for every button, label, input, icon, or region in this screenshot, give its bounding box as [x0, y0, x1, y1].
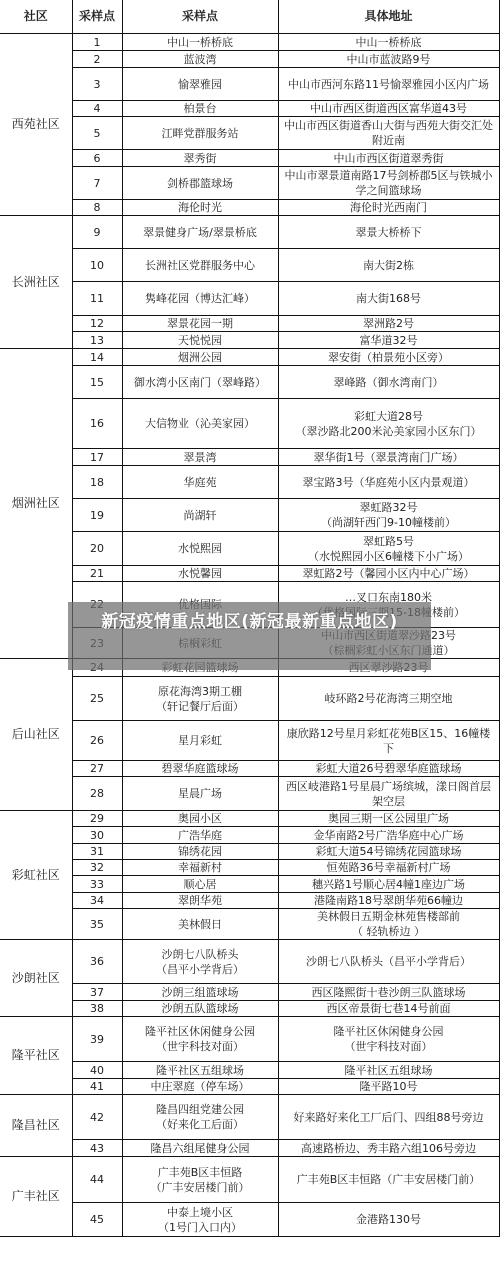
address-cell: 中山市西区街道西区富华道43号 [278, 101, 499, 117]
table-row: 长洲社区9翠景健身广场/翠景桥底翠景大桥桥下 [0, 216, 499, 249]
community-cell: 广丰社区 [0, 1157, 72, 1237]
site-number-cell: 29 [72, 811, 122, 827]
site-number-cell: 15 [72, 366, 122, 399]
site-number-cell: 6 [72, 150, 122, 167]
table-row: 37沙朗三组篮球场西区隆熙街十巷沙朗三队篮球场 [0, 984, 499, 1001]
address-cell: 康欣路12号星月彩虹花苑B区15、16幢楼下 [278, 721, 499, 761]
site-name-cell: 隆平社区休闲健身公园 （世宇科技对面） [122, 1017, 278, 1062]
community-cell: 后山社区 [0, 659, 72, 811]
table-row: 27碧翠华庭篮球场彩虹大道26号碧翠华庭篮球场 [0, 761, 499, 777]
site-number-cell: 10 [72, 249, 122, 282]
table-row: 烟洲社区14烟洲公园翠安街（柏景苑小区旁） [0, 349, 499, 366]
site-number-cell: 18 [72, 466, 122, 499]
table-row: 12翠景花园一期翠洲路2号 [0, 316, 499, 332]
site-number-cell: 17 [72, 449, 122, 466]
site-number-cell: 28 [72, 777, 122, 811]
site-name-cell: 幸福新村 [122, 860, 278, 876]
header-number: 采样点 [72, 0, 122, 34]
site-number-cell: 8 [72, 200, 122, 216]
site-number-cell: 11 [72, 282, 122, 316]
site-number-cell: 1 [72, 34, 122, 51]
site-name-cell: 翠秀街 [122, 150, 278, 167]
table-header-row: 社区 采样点 采样点 具体地址 [0, 0, 499, 34]
site-number-cell: 4 [72, 101, 122, 117]
site-name-cell: 广浩华庭 [122, 827, 278, 844]
address-cell: 中山市翠景道南路17号剑桥郡5区与铁城小学之间篮球场 [278, 167, 499, 200]
site-name-cell: 广丰苑B区丰恒路 （广丰安居楼门前） [122, 1157, 278, 1203]
address-cell: 中山市西区街道香山大街与西苑大街交汇处附近南 [278, 117, 499, 150]
site-name-cell: 剑桥郡篮球场 [122, 167, 278, 200]
address-cell: 高速路桥边、秀丰路六组106号旁边 [278, 1140, 499, 1157]
address-cell: 港隆南路18号翠朗华苑66幢边 [278, 893, 499, 909]
site-name-cell: 翠景湾 [122, 449, 278, 466]
site-number-cell: 2 [72, 51, 122, 68]
site-number-cell: 19 [72, 499, 122, 532]
table-row: 32幸福新村恒苑路36号幸福新村广场 [0, 860, 499, 876]
site-number-cell: 41 [72, 1079, 122, 1095]
site-number-cell: 16 [72, 399, 122, 449]
table-row: 31锦绣花园彩虹大道54号锦绣花园篮球场 [0, 844, 499, 860]
address-cell: 广丰苑B区丰恒路（广丰安居楼门前） [278, 1157, 499, 1203]
site-name-cell: 华庭苑 [122, 466, 278, 499]
table-row: 25原花海湾3期工棚 （轩记餐厅后面）岐环路2号花海湾三期空地 [0, 677, 499, 721]
address-cell: 美林假日五期金林苑售楼部前 （ 轻轨桥边 ） [278, 909, 499, 940]
community-cell: 烟洲社区 [0, 349, 72, 659]
table-row: 43隆昌六组尾健身公园高速路桥边、秀丰路六组106号旁边 [0, 1140, 499, 1157]
site-name-cell: 锦绣花园 [122, 844, 278, 860]
address-cell: 翠华街1号（翠景湾南门广场） [278, 449, 499, 466]
site-name-cell: 隆昌六组尾健身公园 [122, 1140, 278, 1157]
address-cell: 穗兴路1号顺心居4幢1座边广场 [278, 876, 499, 893]
site-name-cell: 沙朗七八队桥头 （昌平小学背后） [122, 940, 278, 984]
table-row: 彩虹社区29奥园小区奥园三期一区公园里广场 [0, 811, 499, 827]
site-name-cell: 尚湖轩 [122, 499, 278, 532]
site-number-cell: 31 [72, 844, 122, 860]
community-cell: 隆平社区 [0, 1017, 72, 1095]
table-row: 35美林假日美林假日五期金林苑售楼部前 （ 轻轨桥边 ） [0, 909, 499, 940]
address-cell: 好来路好来化工厂后门、四组88号旁边 [278, 1095, 499, 1140]
table-row: 30广浩华庭金华南路2号广浩华庭中心广场 [0, 827, 499, 844]
site-number-cell: 5 [72, 117, 122, 150]
address-cell: 中山市西河东路11号愉翠雅园小区内广场 [278, 68, 499, 101]
address-cell: 海伦时光西南门 [278, 200, 499, 216]
site-number-cell: 39 [72, 1017, 122, 1062]
site-number-cell: 9 [72, 216, 122, 249]
site-name-cell: 海伦时光 [122, 200, 278, 216]
site-number-cell: 32 [72, 860, 122, 876]
site-name-cell: 沙朗五队篮球场 [122, 1001, 278, 1017]
site-name-cell: 原花海湾3期工棚 （轩记餐厅后面） [122, 677, 278, 721]
table-row: 45中泰上境小区 （1号门入口内）金港路130号 [0, 1203, 499, 1237]
address-cell: 彩虹大道54号锦绣花园篮球场 [278, 844, 499, 860]
site-name-cell: 水悦熙园 [122, 532, 278, 566]
address-cell: 翠虹路2号（馨园小区内中心广场） [278, 566, 499, 582]
site-name-cell: 御水湾小区南门（翠峰路） [122, 366, 278, 399]
site-number-cell: 34 [72, 893, 122, 909]
site-name-cell: 翠景花园一期 [122, 316, 278, 332]
site-name-cell: 星月彩虹 [122, 721, 278, 761]
site-number-cell: 7 [72, 167, 122, 200]
table-row: 26星月彩虹康欣路12号星月彩虹花苑B区15、16幢楼下 [0, 721, 499, 761]
community-cell: 长洲社区 [0, 216, 72, 349]
community-cell: 沙朗社区 [0, 940, 72, 1017]
address-cell: 金港路130号 [278, 1203, 499, 1237]
site-name-cell: 顺心居 [122, 876, 278, 893]
site-number-cell: 21 [72, 566, 122, 582]
table-row: 15御水湾小区南门（翠峰路）翠峰路（御水湾南门） [0, 366, 499, 399]
header-address: 具体地址 [278, 0, 499, 34]
community-cell: 彩虹社区 [0, 811, 72, 940]
table-row: 28星晨广场西区岐港路1号星晨广场缤城，漾日阁首层架空层 [0, 777, 499, 811]
site-name-cell: 翠景健身广场/翠景桥底 [122, 216, 278, 249]
site-name-cell: 中泰上境小区 （1号门入口内） [122, 1203, 278, 1237]
site-number-cell: 43 [72, 1140, 122, 1157]
address-cell: 中山一桥桥底 [278, 34, 499, 51]
site-name-cell: 中庄翠庭（停车场） [122, 1079, 278, 1095]
table-row: 18华庭苑翠宝路3号（华庭苑小区内景观道） [0, 466, 499, 499]
site-name-cell: 愉翠雅园 [122, 68, 278, 101]
address-cell: 中山市西区街道翠秀街 [278, 150, 499, 167]
site-name-cell: 中山一桥桥底 [122, 34, 278, 51]
site-number-cell: 35 [72, 909, 122, 940]
site-name-cell: 大信物业（沁美家园） [122, 399, 278, 449]
site-name-cell: 隆平社区五组球场 [122, 1062, 278, 1079]
address-cell: 西区帝景街七巷14号前面 [278, 1001, 499, 1017]
site-name-cell: 星晨广场 [122, 777, 278, 811]
table-row: 沙朗社区36沙朗七八队桥头 （昌平小学背后）沙朗七八队桥头（昌平小学背后） [0, 940, 499, 984]
table-row: 41中庄翠庭（停车场）隆平路10号 [0, 1079, 499, 1095]
address-cell: 南大街168号 [278, 282, 499, 316]
address-cell: 翠洲路2号 [278, 316, 499, 332]
table-row: 广丰社区44广丰苑B区丰恒路 （广丰安居楼门前）广丰苑B区丰恒路（广丰安居楼门前… [0, 1157, 499, 1203]
table-row: 16大信物业（沁美家园）彩虹大道28号 （翠沙路北200米沁美家园小区东门） [0, 399, 499, 449]
table-row: 隆昌社区42隆昌四组党建公园 （好来化工后面）好来路好来化工厂后门、四组88号旁… [0, 1095, 499, 1140]
table-row: 西苑社区1中山一桥桥底中山一桥桥底 [0, 34, 499, 51]
site-number-cell: 3 [72, 68, 122, 101]
address-cell: 翠宝路3号（华庭苑小区内景观道） [278, 466, 499, 499]
table-row: 40隆平社区五组球场隆平社区五组球场 [0, 1062, 499, 1079]
table-row: 33顺心居穗兴路1号顺心居4幢1座边广场 [0, 876, 499, 893]
site-name-cell: 奥园小区 [122, 811, 278, 827]
address-cell: 西区岐港路1号星晨广场缤城，漾日阁首层架空层 [278, 777, 499, 811]
site-number-cell: 26 [72, 721, 122, 761]
site-number-cell: 20 [72, 532, 122, 566]
header-community: 社区 [0, 0, 72, 34]
address-cell: 岐环路2号花海湾三期空地 [278, 677, 499, 721]
table-row: 5江畔党群服务站中山市西区街道香山大街与西苑大街交汇处附近南 [0, 117, 499, 150]
site-number-cell: 37 [72, 984, 122, 1001]
address-cell: 恒苑路36号幸福新村广场 [278, 860, 499, 876]
address-cell: 沙朗七八队桥头（昌平小学背后） [278, 940, 499, 984]
site-name-cell: 江畔党群服务站 [122, 117, 278, 150]
site-number-cell: 36 [72, 940, 122, 984]
site-name-cell: 美林假日 [122, 909, 278, 940]
address-cell: 富华道32号 [278, 332, 499, 349]
table-row: 20水悦熙园翠虹路5号 （水悦熙园小区6幢楼下小广场） [0, 532, 499, 566]
site-number-cell: 42 [72, 1095, 122, 1140]
site-name-cell: 沙朗三组篮球场 [122, 984, 278, 1001]
table-row: 34翠朗华苑港隆南路18号翠朗华苑66幢边 [0, 893, 499, 909]
address-cell: 彩虹大道26号碧翠华庭篮球场 [278, 761, 499, 777]
table-row: 21水悦馨园翠虹路2号（馨园小区内中心广场） [0, 566, 499, 582]
site-number-cell: 25 [72, 677, 122, 721]
site-number-cell: 40 [72, 1062, 122, 1079]
address-cell: 奥园三期一区公园里广场 [278, 811, 499, 827]
address-cell: 翠峰路（御水湾南门） [278, 366, 499, 399]
table-row: 17翠景湾翠华街1号（翠景湾南门广场） [0, 449, 499, 466]
site-number-cell: 44 [72, 1157, 122, 1203]
site-number-cell: 12 [72, 316, 122, 332]
table-row: 6翠秀街中山市西区街道翠秀街 [0, 150, 499, 167]
site-name-cell: 翠朗华苑 [122, 893, 278, 909]
header-site: 采样点 [122, 0, 278, 34]
address-cell: 中山市蓝波路9号 [278, 51, 499, 68]
address-cell: 隆平社区五组球场 [278, 1062, 499, 1079]
table-row: 8海伦时光海伦时光西南门 [0, 200, 499, 216]
community-cell: 西苑社区 [0, 34, 72, 216]
table-row: 4柏景台中山市西区街道西区富华道43号 [0, 101, 499, 117]
address-cell: 彩虹大道28号 （翠沙路北200米沁美家园小区东门） [278, 399, 499, 449]
table-row: 7剑桥郡篮球场中山市翠景道南路17号剑桥郡5区与铁城小学之间篮球场 [0, 167, 499, 200]
site-number-cell: 33 [72, 876, 122, 893]
site-name-cell: 蓝波湾 [122, 51, 278, 68]
site-name-cell: 水悦馨园 [122, 566, 278, 582]
address-cell: 隆平路10号 [278, 1079, 499, 1095]
table-row: 2蓝波湾中山市蓝波路9号 [0, 51, 499, 68]
table-row: 19尚湖轩翠虹路32号 （尚湖轩西门9-10幢楼前） [0, 499, 499, 532]
site-name-cell: 长洲社区党群服务中心 [122, 249, 278, 282]
table-row: 10长洲社区党群服务中心南大街2栋 [0, 249, 499, 282]
site-number-cell: 27 [72, 761, 122, 777]
address-cell: 翠安街（柏景苑小区旁） [278, 349, 499, 366]
address-cell: 翠虹路5号 （水悦熙园小区6幢楼下小广场） [278, 532, 499, 566]
table-row: 13天悦悦园富华道32号 [0, 332, 499, 349]
site-number-cell: 38 [72, 1001, 122, 1017]
site-number-cell: 13 [72, 332, 122, 349]
table-row: 3愉翠雅园中山市西河东路11号愉翠雅园小区内广场 [0, 68, 499, 101]
site-number-cell: 14 [72, 349, 122, 366]
address-cell: 翠景大桥桥下 [278, 216, 499, 249]
table-row: 11隽峰花园（博达汇峰）南大街168号 [0, 282, 499, 316]
site-name-cell: 碧翠华庭篮球场 [122, 761, 278, 777]
overlay-title-banner: 新冠疫情重点地区(新冠最新重点地区) [68, 602, 431, 670]
address-cell: 金华南路2号广浩华庭中心广场 [278, 827, 499, 844]
site-name-cell: 柏景台 [122, 101, 278, 117]
table-row: 38沙朗五队篮球场西区帝景街七巷14号前面 [0, 1001, 499, 1017]
address-cell: 翠虹路32号 （尚湖轩西门9-10幢楼前） [278, 499, 499, 532]
site-name-cell: 隆昌四组党建公园 （好来化工后面） [122, 1095, 278, 1140]
site-name-cell: 天悦悦园 [122, 332, 278, 349]
site-name-cell: 隽峰花园（博达汇峰） [122, 282, 278, 316]
community-cell: 隆昌社区 [0, 1095, 72, 1157]
address-cell: 南大街2栋 [278, 249, 499, 282]
address-cell: 西区隆熙街十巷沙朗三队篮球场 [278, 984, 499, 1001]
address-cell: 隆平社区休闲健身公园 （世宇科技对面） [278, 1017, 499, 1062]
table-row: 隆平社区39隆平社区休闲健身公园 （世宇科技对面）隆平社区休闲健身公园 （世宇科… [0, 1017, 499, 1062]
site-number-cell: 30 [72, 827, 122, 844]
site-number-cell: 45 [72, 1203, 122, 1237]
site-name-cell: 烟洲公园 [122, 349, 278, 366]
